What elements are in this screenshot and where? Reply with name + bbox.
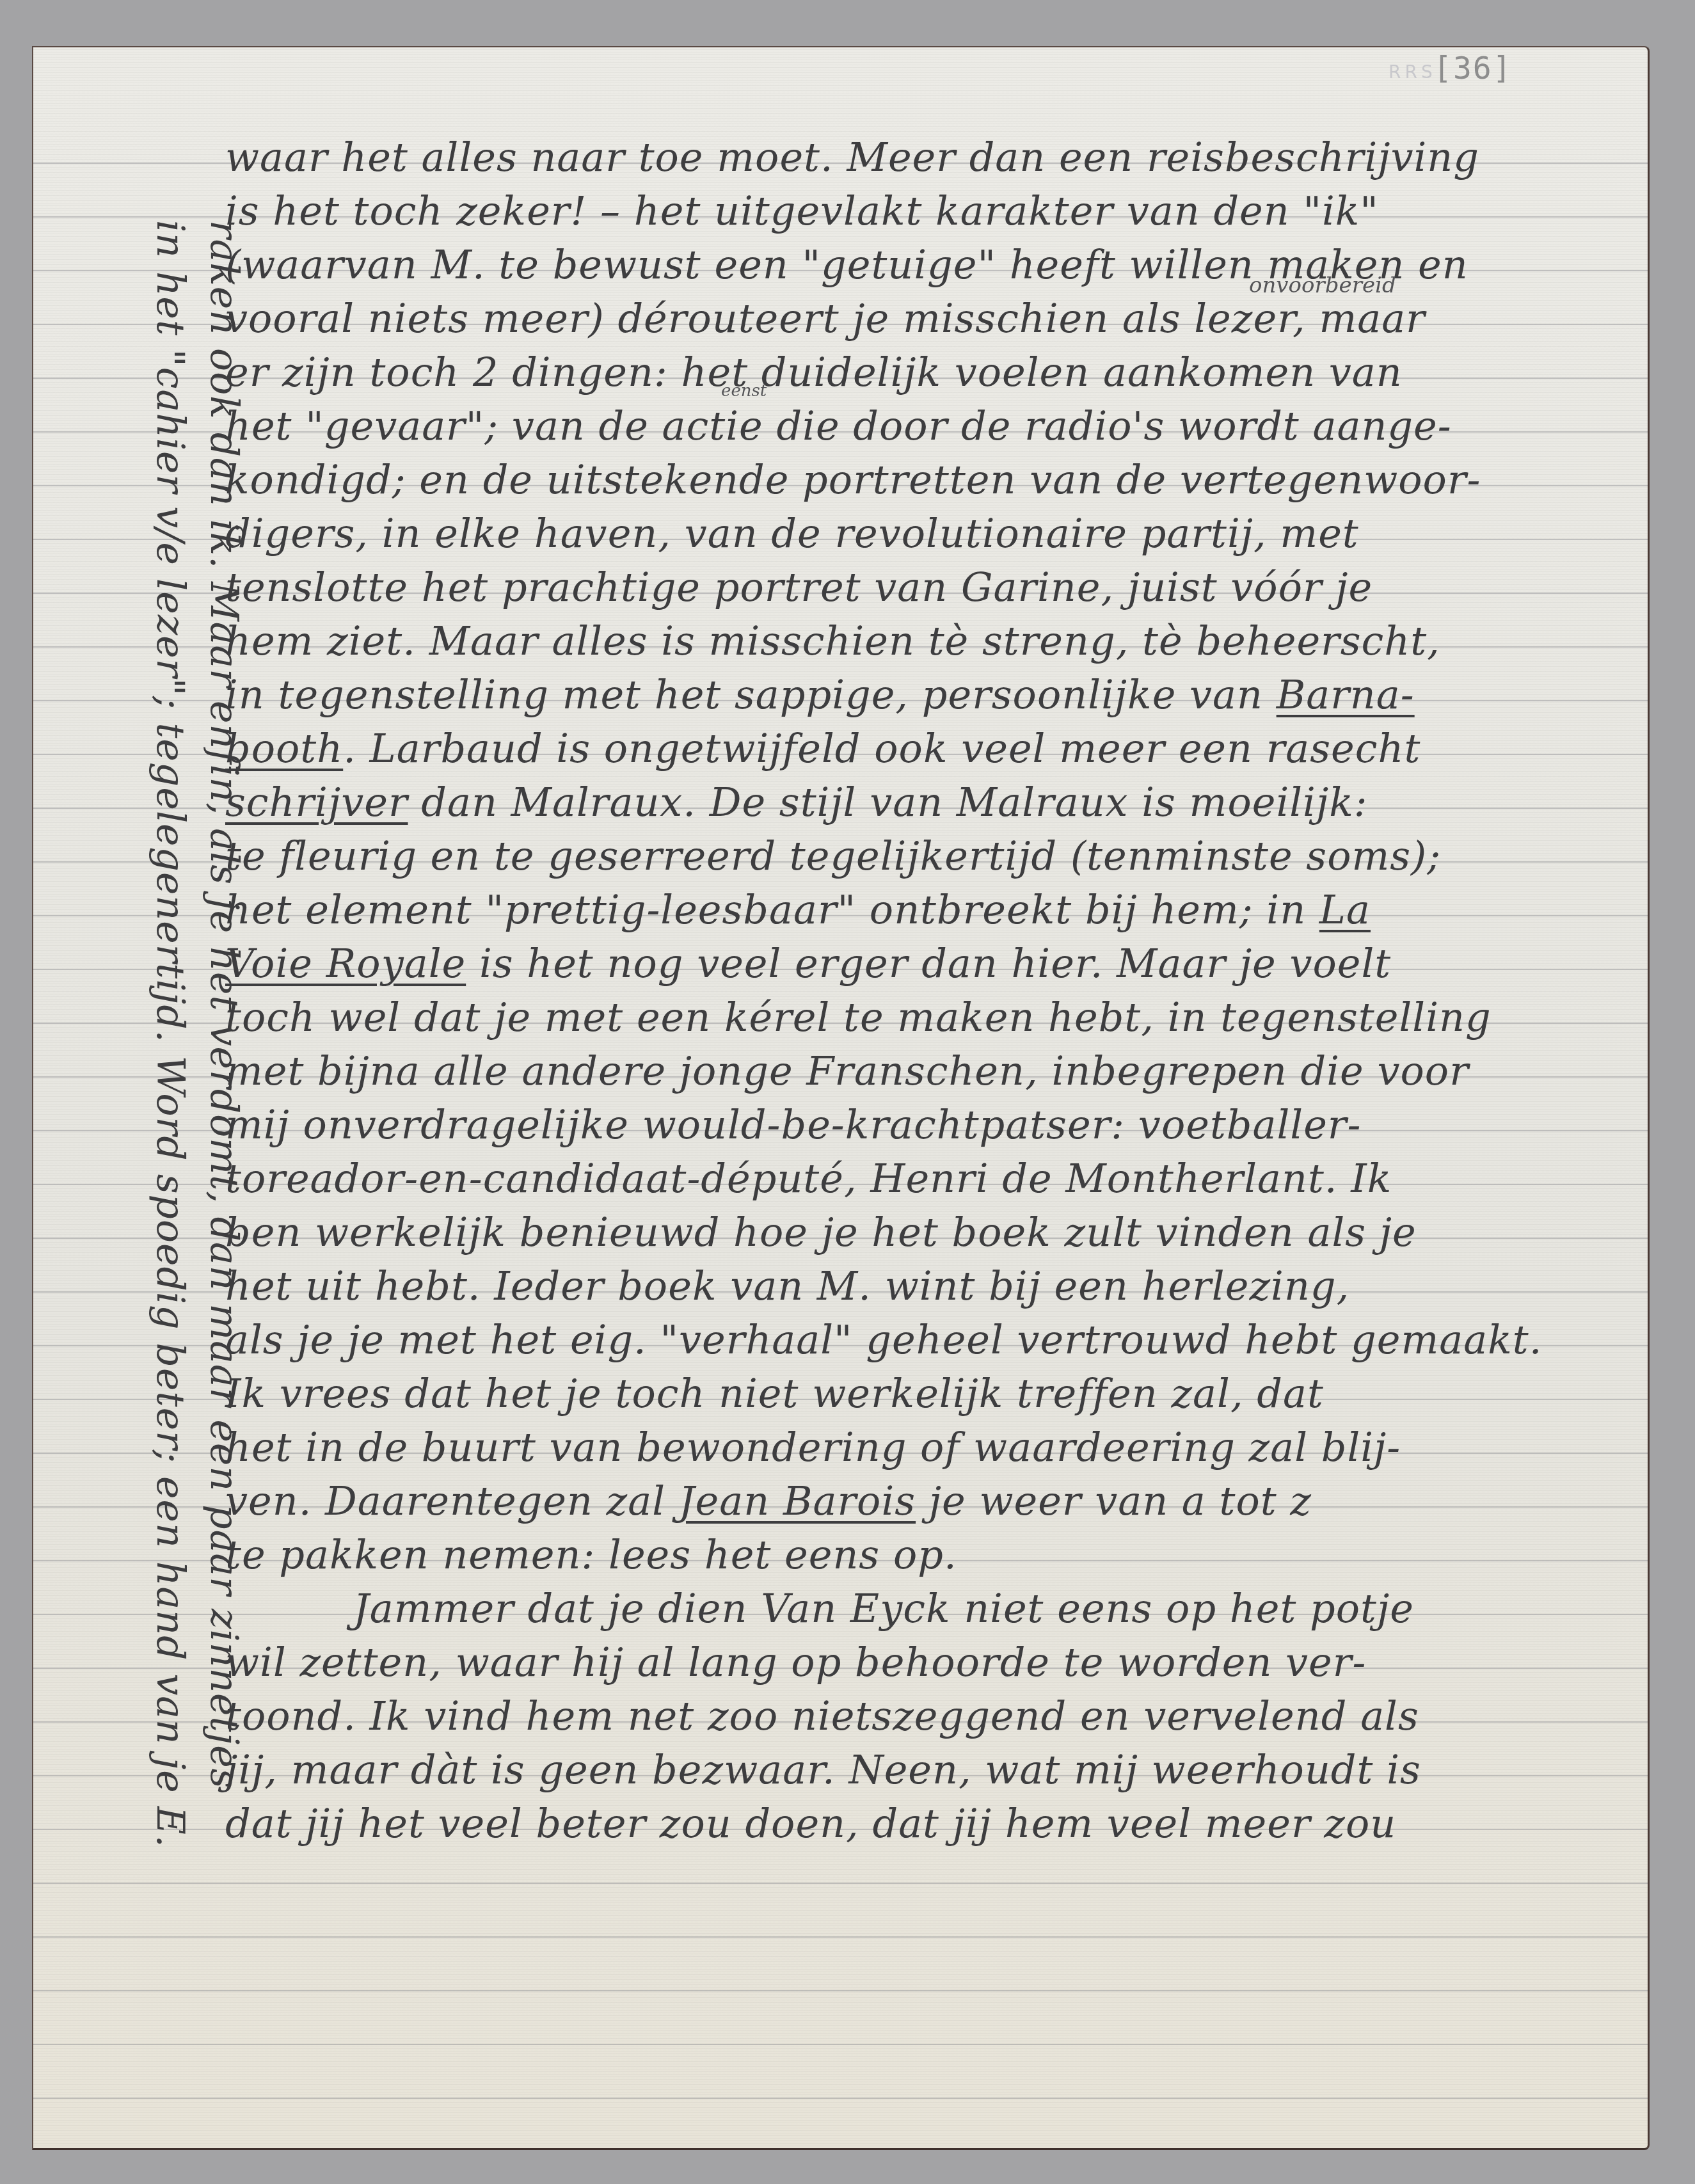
- ruled-line: [33, 1883, 1648, 1884]
- body-line: toreador-en-candidaat-député, Henri de M…: [225, 1152, 1392, 1206]
- body-line: toond. Ik vind hem net zoo nietszeggend …: [225, 1689, 1419, 1743]
- underlined-title: Barna-: [1277, 671, 1415, 718]
- line-text: . Larbaud is ongetwijfeld ook veel meer …: [343, 725, 1420, 772]
- body-line: het uit hebt. Ieder boek van M. wint bij…: [225, 1259, 1349, 1313]
- line-text: ven. Daarentegen zal: [225, 1478, 679, 1524]
- body-line: te fleurig en te geserreerd tegelijkerti…: [225, 829, 1441, 883]
- body-line: mij onverdragelijke would-be-krachtpatse…: [225, 1098, 1361, 1152]
- body-line-paragraph-start: Jammer dat je dien Van Eyck niet eens op…: [353, 1582, 1414, 1636]
- line-text: in tegenstelling met het sappige, persoo…: [225, 671, 1277, 718]
- letter-page: RRS [36] waar het alles naar toe moet. M…: [32, 46, 1650, 2150]
- ruled-line: [33, 2098, 1648, 2099]
- line-text: is het nog veel erger dan hier. Maar je …: [466, 940, 1391, 987]
- body-line: kondigd; en de uitstekende portretten va…: [225, 453, 1481, 507]
- underlined-title: Jean Barois: [679, 1478, 916, 1524]
- body-line: Voie Royale is het nog veel erger dan hi…: [225, 937, 1391, 991]
- body-line: digers, in elke haven, van de revolution…: [225, 507, 1359, 561]
- body-line: is het toch zeker! – het uitgevlakt kara…: [225, 184, 1379, 238]
- ruled-line: [33, 1990, 1648, 1991]
- body-line: als je je met het eig. "verhaal" geheel …: [225, 1313, 1542, 1367]
- underlined-title: Voie Royale: [225, 940, 466, 987]
- line-text: dan Malraux. De stijl van Malraux is moe…: [408, 779, 1368, 825]
- line-text: het element "prettig-leesbaar" ontbreekt…: [225, 886, 1319, 933]
- body-line: in tegenstelling met het sappige, persoo…: [225, 668, 1415, 722]
- body-line: het element "prettig-leesbaar" ontbreekt…: [225, 883, 1371, 937]
- ruled-line: [33, 2044, 1648, 2045]
- body-line: het in de buurt van bewondering of waard…: [225, 1421, 1401, 1474]
- body-line: Ik vrees dat het je toch niet werkelijk …: [225, 1367, 1324, 1421]
- body-line: het "gevaar"; van de actie die door de r…: [225, 399, 1452, 453]
- body-line: ven. Daarentegen zal Jean Barois je weer…: [225, 1474, 1312, 1528]
- body-line: te pakken nemen: lees het eens op.: [225, 1528, 957, 1582]
- underlined-title: La: [1319, 886, 1371, 933]
- body-line: jij, maar dàt is geen bezwaar. Neen, wat…: [225, 1743, 1421, 1797]
- margin-note-line: raken ook dan ik. Maar enfin, als je het…: [197, 220, 251, 1789]
- ruled-line: [33, 1936, 1648, 1938]
- interlinear-insertion: onvoorbereid: [1249, 273, 1396, 298]
- body-line: hem ziet. Maar alles is misschien tè str…: [225, 614, 1440, 668]
- body-line: vooral niets meer) dérouteert je misschi…: [225, 292, 1426, 346]
- archive-stamp: RRS: [1389, 61, 1436, 83]
- body-line: met bijna alle andere jonge Franschen, i…: [225, 1044, 1469, 1098]
- body-line: ben werkelijk benieuwd hoe je het boek z…: [225, 1206, 1417, 1259]
- body-line: waar het alles naar toe moet. Meer dan e…: [225, 131, 1479, 184]
- body-line: booth. Larbaud is ongetwijfeld ook veel …: [225, 722, 1420, 776]
- page-number: [36]: [1433, 51, 1513, 86]
- underlined-word: schrijver: [225, 779, 408, 825]
- interlinear-insertion: eenst: [721, 381, 767, 401]
- margin-note-line: in het "cahier v/e lezer"; tegelegenerti…: [143, 220, 197, 1848]
- line-text: je weer van a tot z: [916, 1478, 1312, 1524]
- body-line: schrijver dan Malraux. De stijl van Malr…: [225, 776, 1368, 829]
- body-line: dat jij het veel beter zou doen, dat jij…: [225, 1797, 1396, 1851]
- body-line: er zijn toch 2 dingen: het duidelijk voe…: [225, 346, 1403, 399]
- body-line: wil zetten, waar hij al lang op behoorde…: [225, 1636, 1366, 1689]
- body-line: tenslotte het prachtige portret van Gari…: [225, 561, 1373, 614]
- body-line: toch wel dat je met een kérel te maken h…: [225, 991, 1492, 1044]
